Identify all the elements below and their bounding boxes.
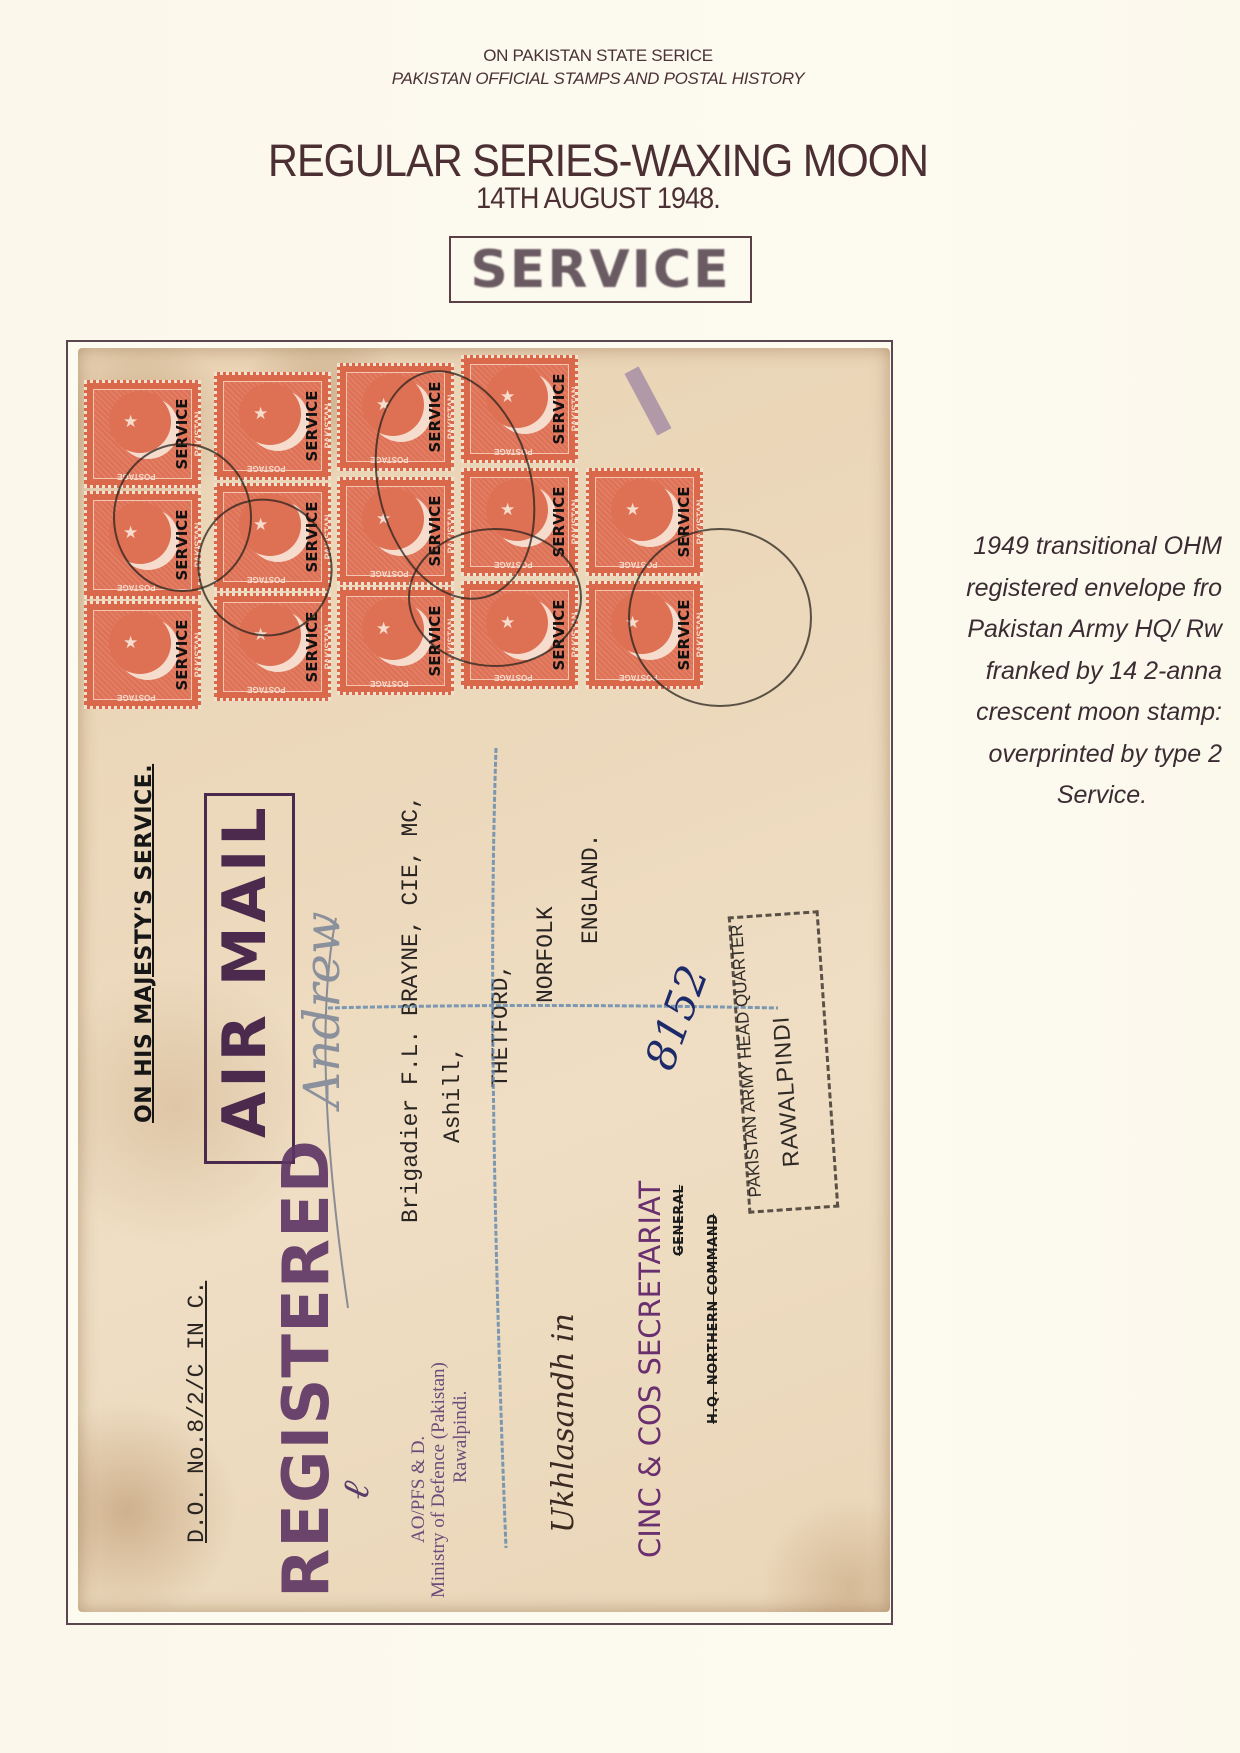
hq-stamp-line-1: GENERAL [672, 1185, 687, 1256]
description-line: franked by 14 2-anna [900, 651, 1222, 693]
ministry-stamp-line-3: Rawalpindi. [450, 1391, 472, 1483]
collection-header: ON PAKISTAN STATE SERICE [0, 46, 1196, 66]
hq-stamp-line-2: H.Q. NORTHERN COMMAND [706, 1214, 721, 1424]
overprint-sample-text: SERVICE [470, 240, 730, 300]
description-line: crescent moon stamp: [900, 692, 1222, 734]
cover-description: 1949 transitional OHM registered envelop… [900, 526, 1222, 817]
description-line: registered envelope fro [900, 568, 1222, 610]
handwritten-note: Ukhlasandh in [546, 1313, 581, 1533]
page-title: REGULAR SERIES-WAXING MOON [48, 135, 1148, 187]
handwritten-name: Andrew [293, 911, 351, 1108]
cinc-cos-secretariat-stamp: CINC & COS SECRETARIAT [633, 1181, 667, 1558]
ministry-stamp-line-2: Ministry of Defence (Pakistan) [428, 1362, 450, 1598]
ministry-stamp-line-1: AO/PFS & D. [408, 1436, 430, 1543]
description-line: Service. [900, 775, 1222, 817]
description-line: Pakistan Army HQ/ Rw [900, 609, 1222, 651]
description-line: overprinted by type 2 [900, 734, 1222, 776]
collection-subheader: PAKISTAN OFFICIAL STAMPS AND POSTAL HIST… [0, 69, 1196, 89]
description-line: 1949 transitional OHM [900, 526, 1222, 568]
envelope-cover: ★PAKISTANSERVICEPOSTAGE★PAKISTANSERVICEP… [78, 348, 890, 1612]
issue-date: 14TH AUGUST 1948. [60, 182, 1136, 216]
overprint-sample-box: SERVICE [449, 236, 752, 303]
